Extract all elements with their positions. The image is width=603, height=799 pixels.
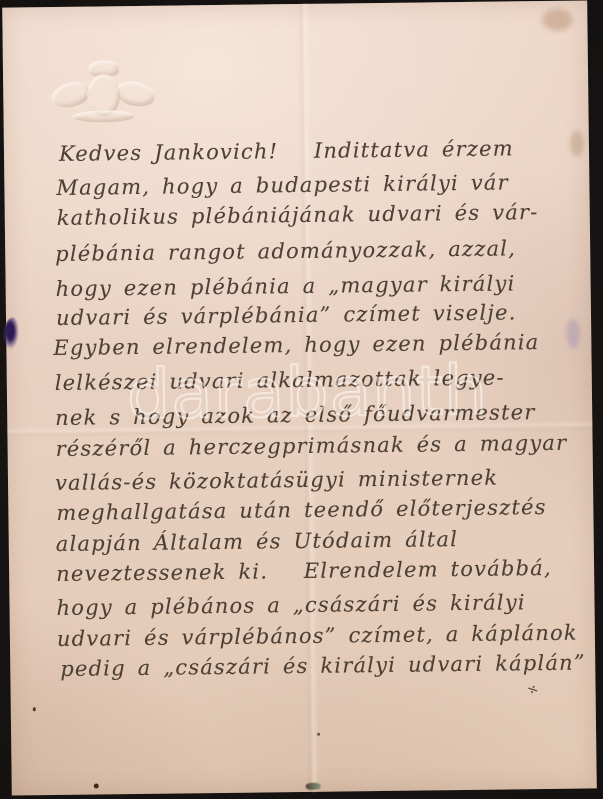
foxing-stain-top-right <box>542 9 572 31</box>
handwriting-line: hogy ezen plébánia a „magyar királyi <box>56 271 516 302</box>
paper-speck <box>94 783 99 788</box>
handwriting-line: lelkészei udvari alkalmazottak legye- <box>55 365 505 395</box>
purple-ink-blot-left-edge <box>3 317 20 353</box>
handwriting-line: katholikus plébániájának udvari és vár- <box>57 200 539 231</box>
handwriting-line: részéről a herczegprimásnak és a magyar <box>55 431 567 462</box>
embossed-seal-icon <box>51 62 162 127</box>
paper: Kedves Jankovich! Indittatva érzem Magam… <box>2 0 597 795</box>
handwriting-line: udvari és várplébános” czímet, a kápláno… <box>57 621 578 652</box>
paper-speck <box>33 707 36 711</box>
handwriting-line: udvari és várplébánia” czímet viselje. <box>56 300 517 331</box>
handwriting-line: pedig a „császári és királyi udvari kápl… <box>60 651 586 682</box>
handwriting-line: alapján Általam és Utódaim által <box>56 527 459 557</box>
handwriting-line: Magam, hogy a budapesti királyi vár <box>56 170 509 201</box>
handwriting-line: hogy a plébános a „császári és királyi <box>56 590 525 621</box>
handwriting-line: Egyben elrendelem, hogy ezen plébánia <box>53 330 539 361</box>
foxing-stain-right-edge <box>570 131 584 157</box>
paper-speck <box>317 733 320 736</box>
handwriting-line: vallás-és közoktatásügyi ministernek <box>55 466 499 496</box>
handwriting-block: Kedves Jankovich! Indittatva érzem Magam… <box>2 0 587 7</box>
photo-frame: Kedves Jankovich! Indittatva érzem Magam… <box>0 0 603 799</box>
seal-base-icon <box>72 110 134 123</box>
paper-tear-bottom-fold <box>306 783 321 790</box>
continuation-mark: ÷ <box>524 679 541 700</box>
purple-smudge-right-edge <box>566 319 580 349</box>
handwriting-line: plébánia rangot adományozzak, azzal, <box>55 236 516 267</box>
handwriting-line: Kedves Jankovich! Indittatva érzem <box>59 136 514 167</box>
handwriting-line: neveztessenek ki. Elrendelem továbbá, <box>56 556 552 587</box>
handwriting-line: meghallgatása után teendő előterjesztés <box>56 495 547 526</box>
